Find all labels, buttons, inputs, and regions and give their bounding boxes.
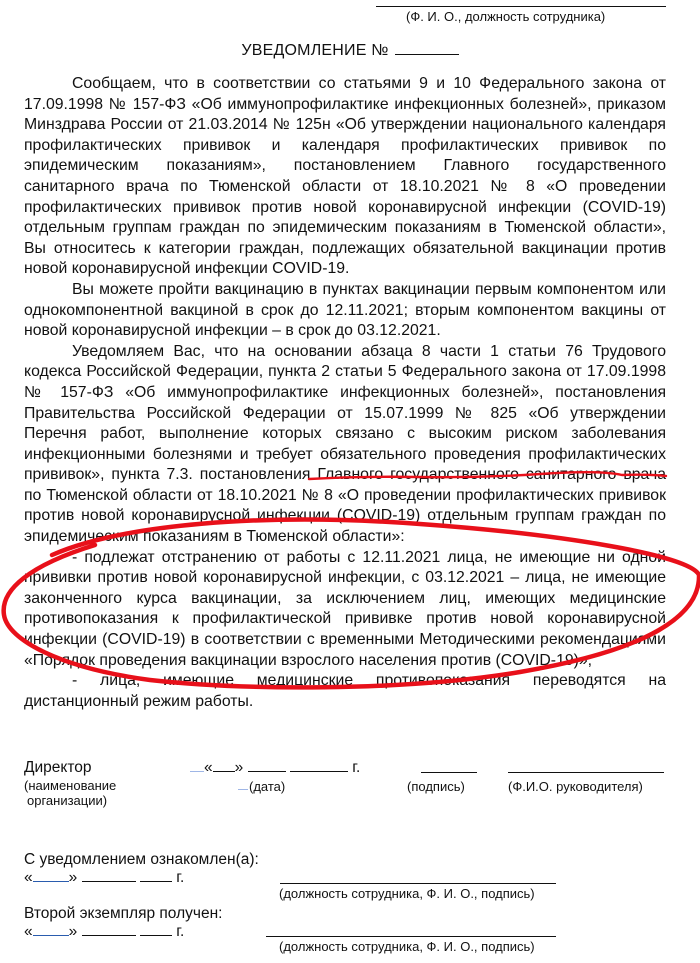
ack-caption: (должность сотрудника, Ф. И. О., подпись… — [279, 886, 535, 901]
notice-number-blank[interactable] — [395, 40, 459, 55]
copy-signature-line[interactable] — [266, 936, 556, 937]
date-marker — [190, 759, 204, 772]
ack-day-blank[interactable] — [33, 869, 69, 882]
copy-caption: (должность сотрудника, Ф. И. О., подпись… — [279, 939, 535, 954]
recipient-caption: (Ф. И. О., должность сотрудника) — [406, 9, 605, 24]
copy-month-blank[interactable] — [82, 923, 136, 936]
org-caption-2: организации) — [27, 793, 107, 808]
recipient-line — [376, 6, 666, 7]
day-blank[interactable] — [213, 759, 235, 772]
ack-signature-line[interactable] — [280, 883, 556, 884]
director-date-field[interactable]: «» г. — [190, 759, 360, 777]
month-blank[interactable] — [248, 759, 286, 772]
copy-day-blank[interactable] — [33, 923, 69, 936]
date-caption-marker — [238, 781, 248, 790]
title-text: УВЕДОМЛЕНИЕ № — [241, 42, 388, 59]
second-copy-date-field[interactable]: «» г. — [24, 923, 184, 941]
director-name-line[interactable] — [508, 772, 664, 773]
acknowledgement-date-field[interactable]: «» г. — [24, 869, 184, 887]
second-copy-label: Второй экземпляр получен: — [24, 905, 222, 923]
date-caption: (дата) — [238, 779, 285, 794]
acknowledgement-label: С уведомлением ознакомлен(а): — [24, 851, 259, 869]
document-title: УВЕДОМЛЕНИЕ № — [0, 40, 700, 60]
signature-caption: (подпись) — [407, 779, 465, 794]
paragraph-legal-basis: Сообщаем, что в соответствии со статьями… — [24, 74, 666, 280]
director-name-caption: (Ф.И.О. руководителя) — [508, 779, 643, 794]
year-blank[interactable] — [290, 759, 348, 772]
paragraph-remote-work: - лица, имеющие медицинские противопоказ… — [24, 671, 666, 712]
document-body: Сообщаем, что в соответствии со статьями… — [24, 74, 666, 712]
ack-year-blank[interactable] — [140, 869, 172, 882]
org-caption-1: (наименование — [24, 778, 116, 793]
paragraph-suspension: - подлежат отстранению от работы с 12.11… — [24, 548, 666, 672]
paragraph-notification: Уведомляем Вас, что на основании абзаца … — [24, 342, 666, 548]
ack-month-blank[interactable] — [82, 869, 136, 882]
director-label: Директор — [24, 759, 92, 777]
copy-year-blank[interactable] — [140, 923, 172, 936]
signature-line[interactable] — [421, 772, 477, 773]
paragraph-vaccination-deadlines: Вы можете пройти вакцинацию в пунктах ва… — [24, 280, 666, 342]
